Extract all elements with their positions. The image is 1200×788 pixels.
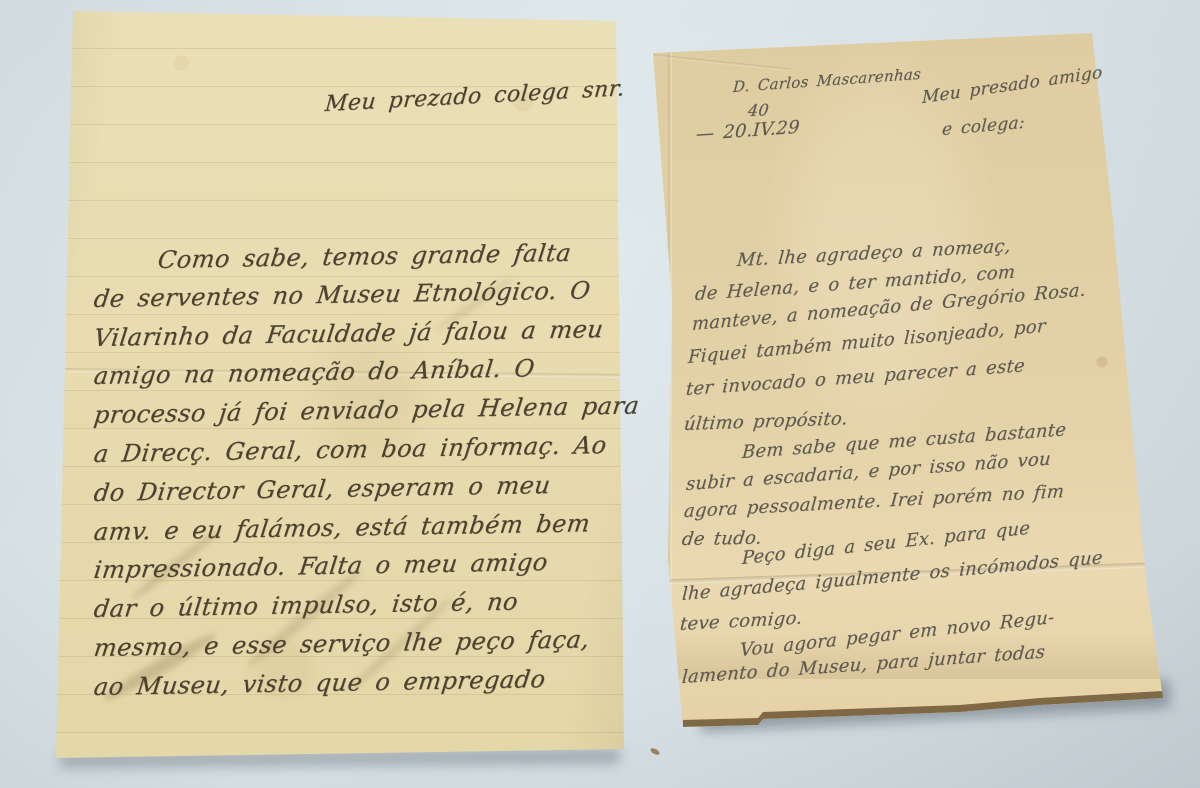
right-letter-top-crease xyxy=(650,54,790,72)
photograph-of-two-handwritten-letters: Meu prezado colega snr.Como sabe, temos … xyxy=(0,0,1200,788)
dust-speck xyxy=(649,747,660,756)
right-letter-header-line: 40 xyxy=(747,100,770,120)
right-letter-vertical-crease xyxy=(668,33,672,733)
